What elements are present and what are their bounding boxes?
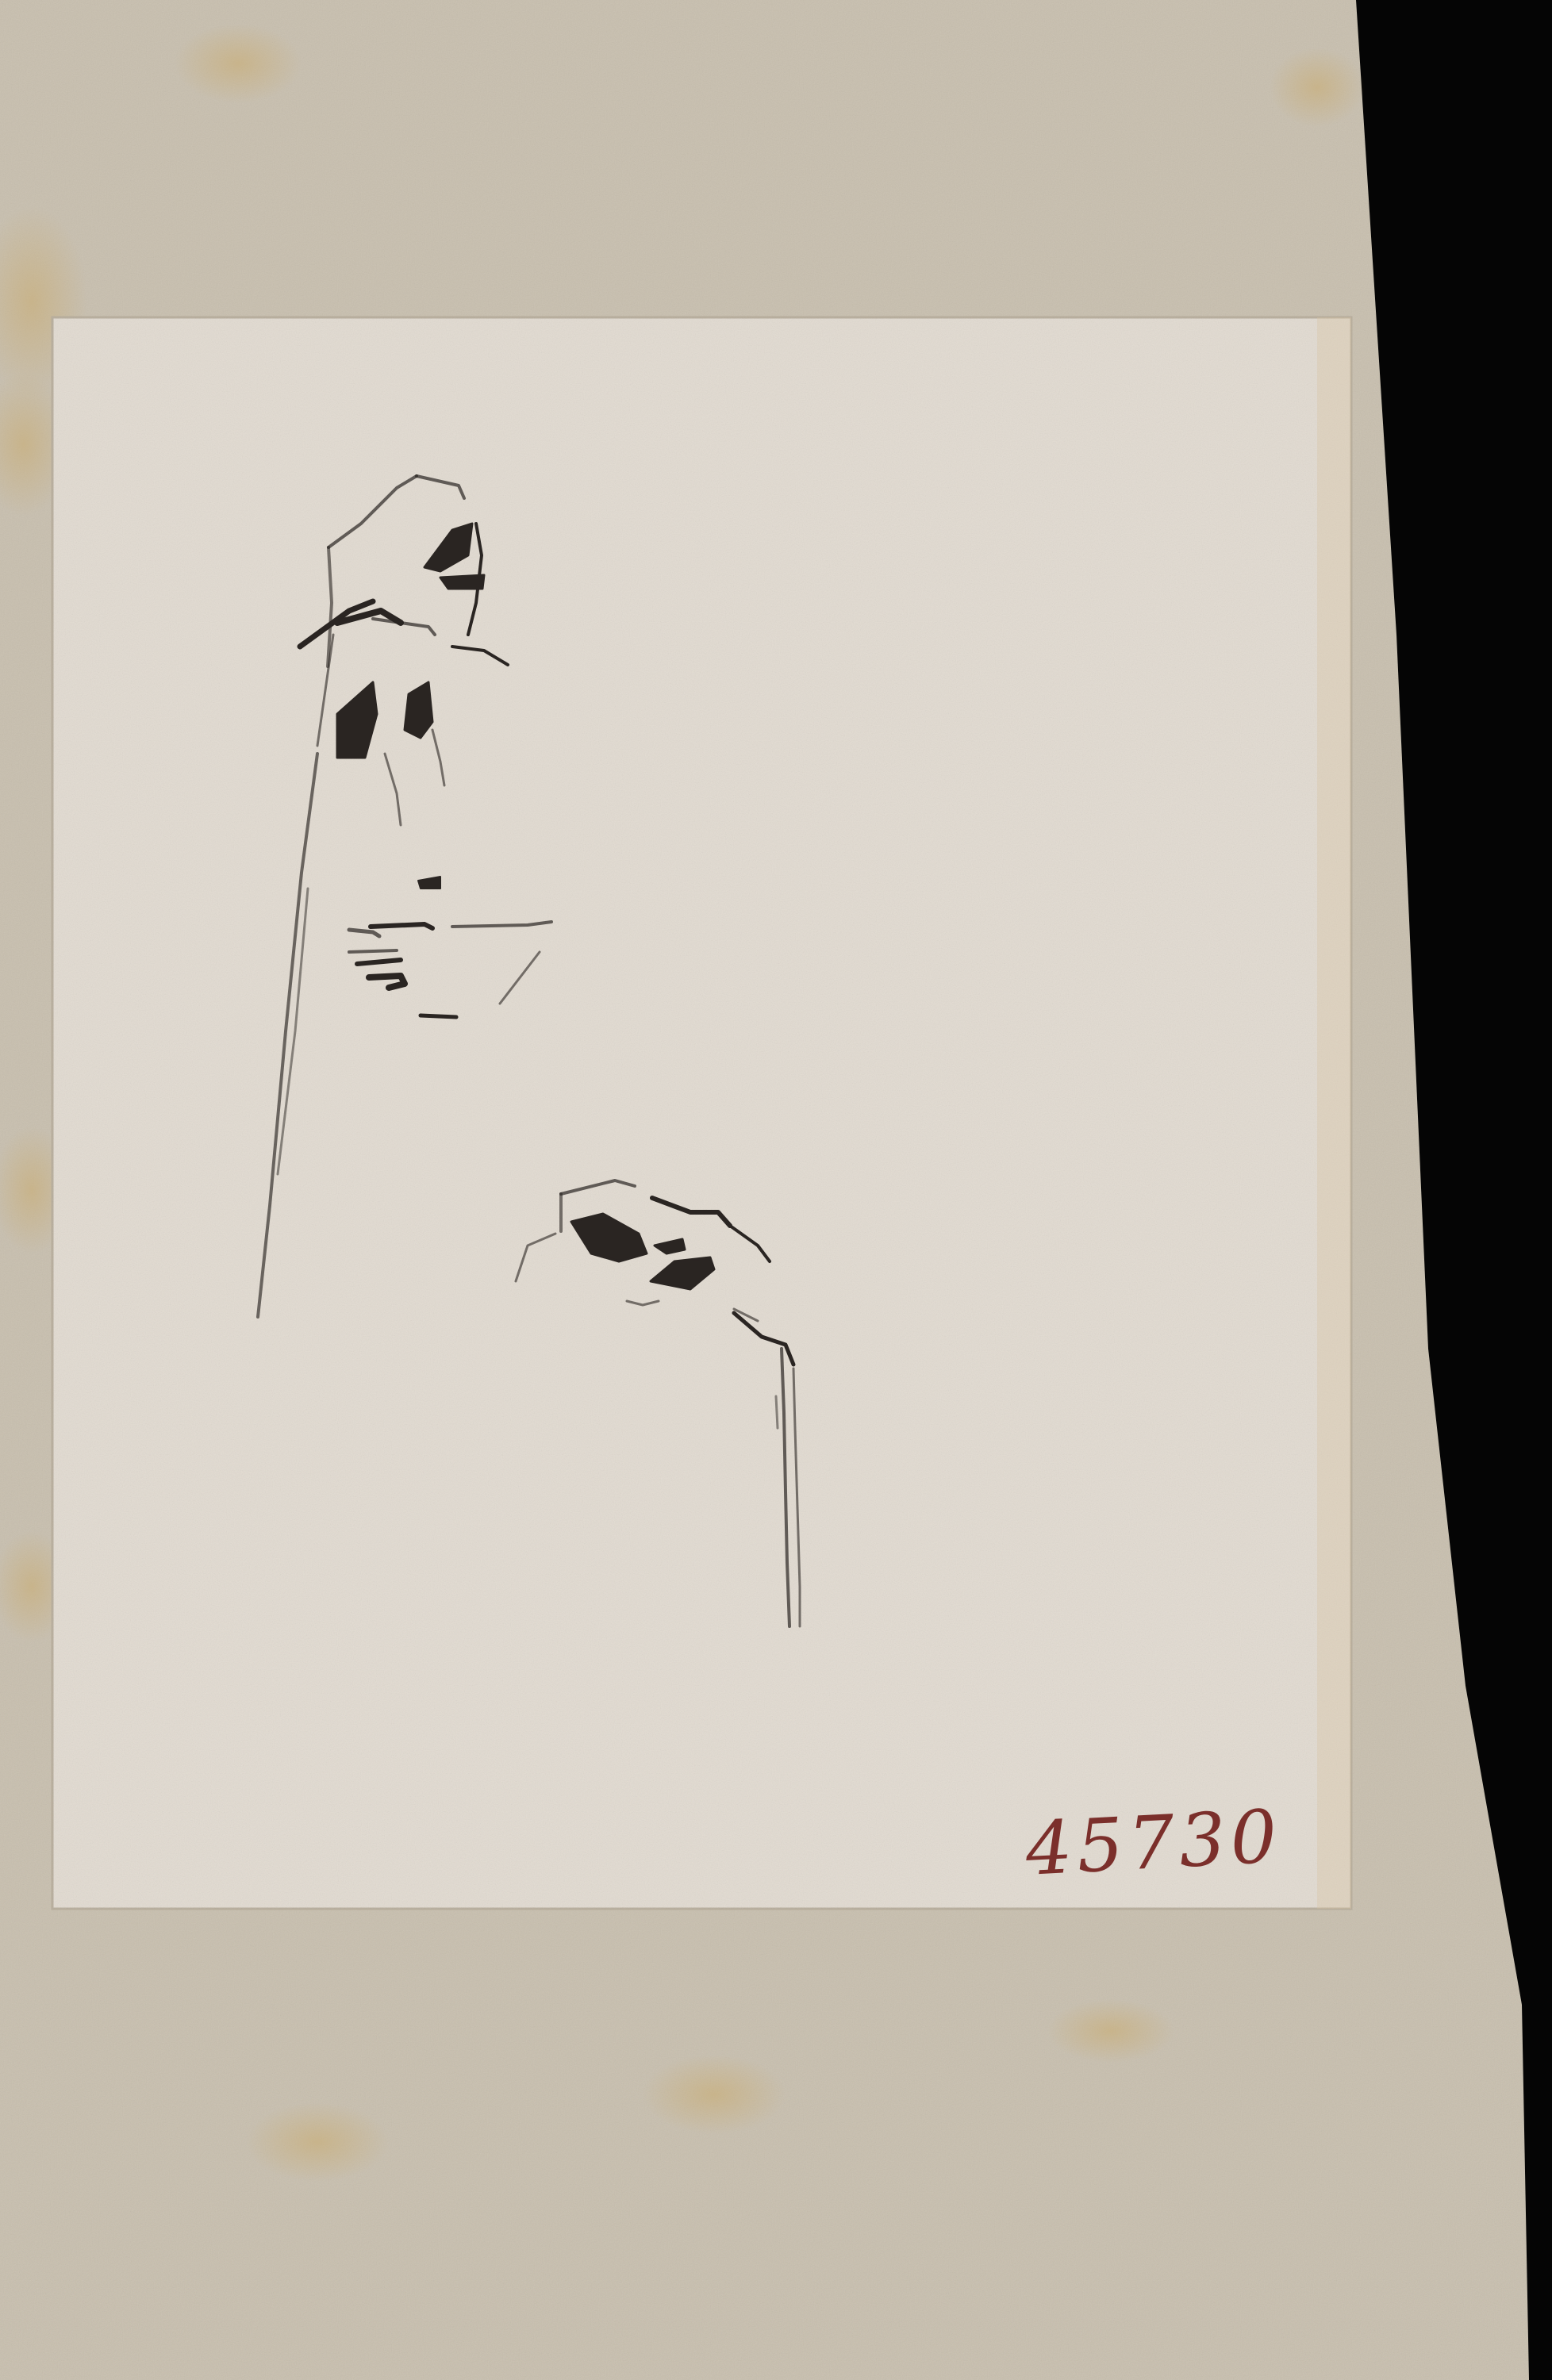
inventory-number: 45730 xyxy=(1024,1794,1284,1892)
artwork-scan xyxy=(0,0,1552,2380)
scan-stage: 45730 xyxy=(0,0,1552,2380)
drawing-sheet xyxy=(52,317,1351,1909)
